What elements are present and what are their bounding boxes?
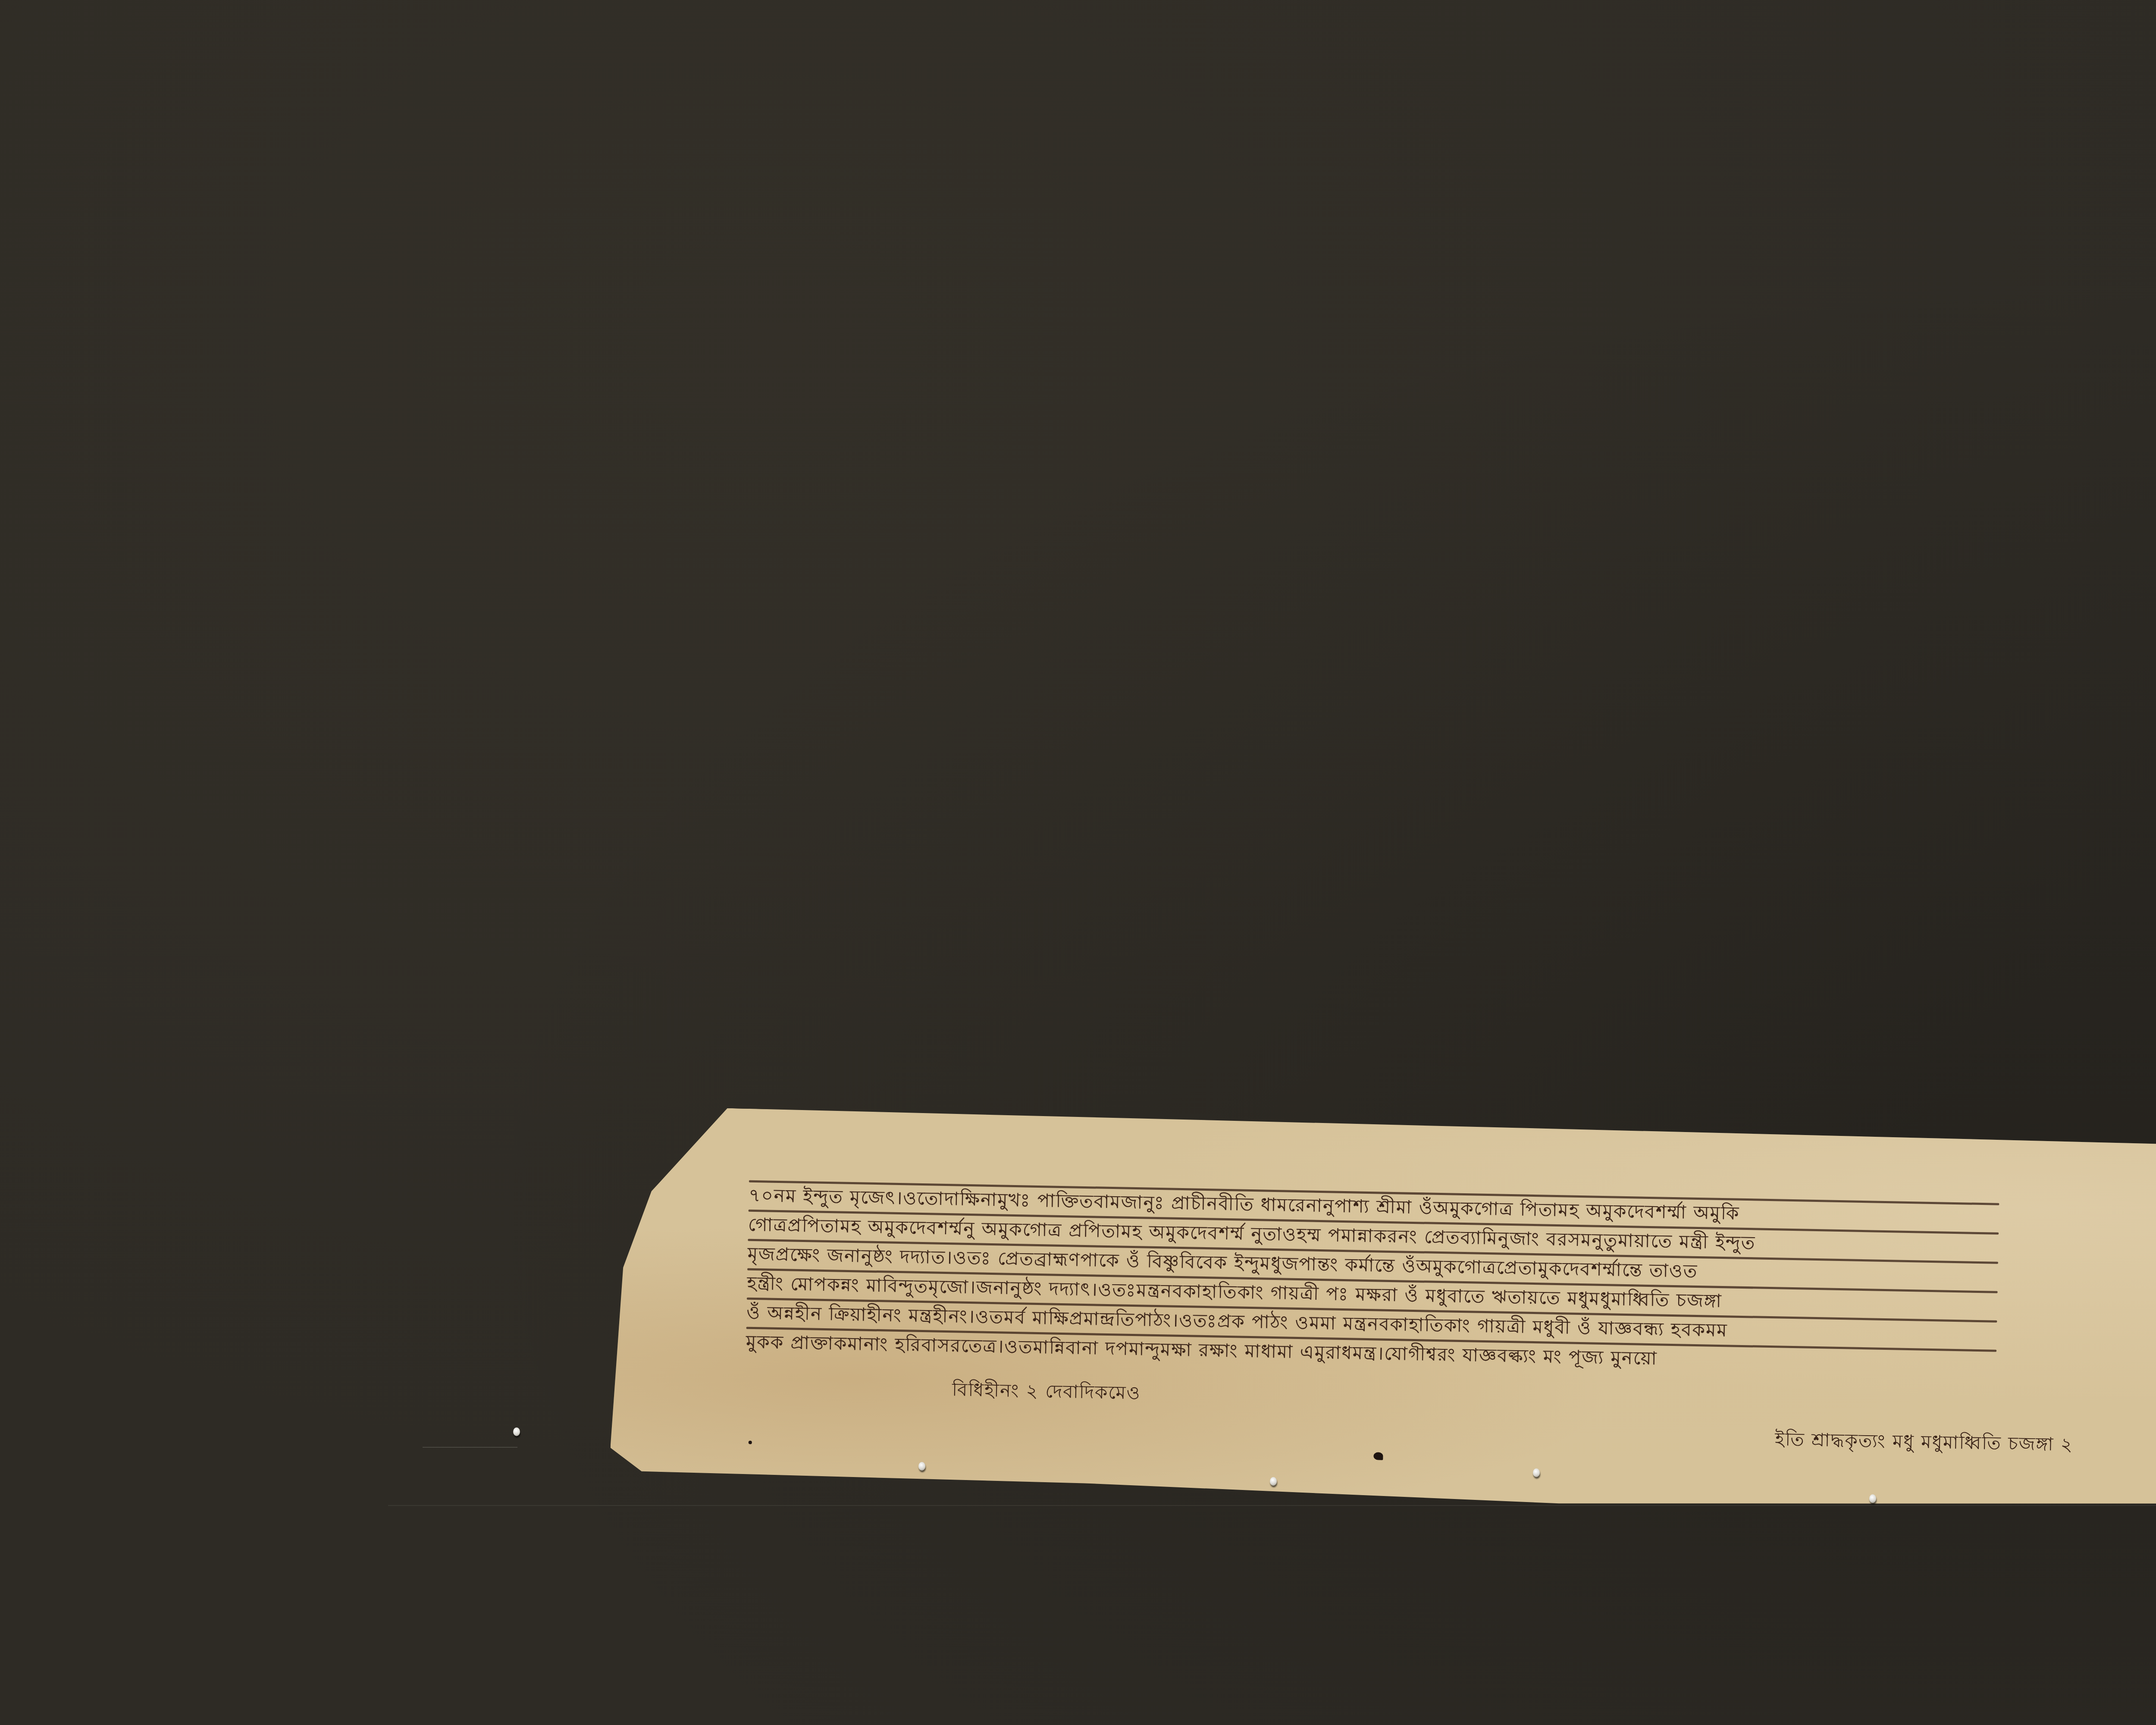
dark-mounting-board: ৭০নম ইন্দুত মৃজেৎ।ওতোদাক্ষিনামুখঃ পাক্তি…: [0, 0, 2156, 1725]
manuscript-leaf: ৭০নম ইন্দুত মৃজেৎ।ওতোদাক্ষিনামুখঃ পাক্তি…: [610, 1106, 2156, 1519]
ink-dot: [749, 1441, 752, 1444]
ink-blot: [1373, 1452, 1383, 1460]
pin-head: [1270, 1477, 1277, 1486]
board-scratch-line: [423, 1447, 517, 1448]
pin-head: [1533, 1468, 1540, 1477]
pin-head: [1869, 1494, 1876, 1503]
pin-head: [918, 1462, 925, 1471]
pin-head: [513, 1427, 520, 1436]
colophon-left: বিধিহীনং ২ দেবাদিকমেও: [952, 1375, 1141, 1409]
board-scratch-line: [388, 1505, 2156, 1506]
colophon-right: ইতি শ্রাদ্ধকৃত্যং মধু মধুমাধ্বিতি চজঙ্গা…: [1775, 1425, 2074, 1461]
manuscript-text-block: ৭০নম ইন্দুত মৃজেৎ।ওতোদাক্ষিনামুখঃ পাক্তি…: [746, 1178, 1999, 1377]
